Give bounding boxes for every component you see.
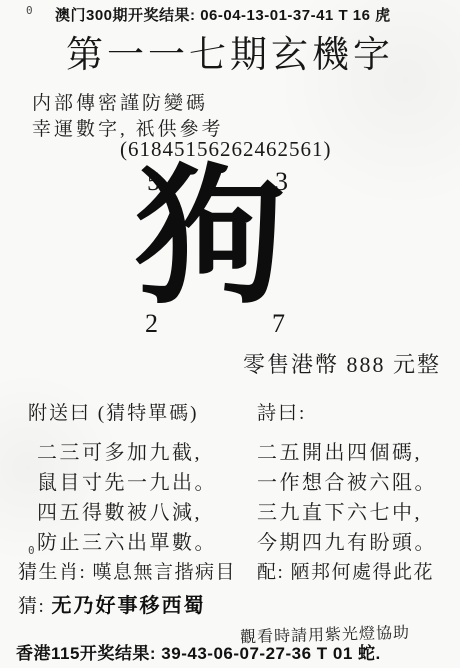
answer-guess-text: 无乃好事移西蜀 bbox=[52, 595, 206, 617]
hk-result-line: 香港115开奖结果: 39-43-06-07-27-36 T 01 蛇. bbox=[16, 639, 381, 664]
pair-guess-row: 配: 陋邦何處得此花 bbox=[257, 557, 434, 584]
right-poem-line-3: 三九直下六七中, bbox=[257, 496, 422, 525]
macau-result-line: 澳门300期开奖结果: 06-04-13-01-37-41 T 16 虎 bbox=[55, 4, 391, 25]
left-poem-line-1: 二三可多加九截, bbox=[37, 436, 202, 465]
corner-number-bottom-right: 7 bbox=[272, 309, 285, 339]
scanned-lottery-sheet: 0 澳门300期开奖结果: 06-04-13-01-37-41 T 16 虎 第… bbox=[0, 0, 460, 668]
pair-guess-label: 配: bbox=[257, 562, 284, 583]
zodiac-guess-text: 嘆息無言揩病目 bbox=[86, 562, 236, 583]
page-corner-mark-top: 0 bbox=[26, 4, 33, 17]
left-poem-line-3: 四五得數被八減, bbox=[37, 496, 202, 525]
corner-number-bottom-left: 2 bbox=[145, 309, 158, 339]
right-poem-line-1: 二五開出四個碼, bbox=[257, 436, 422, 465]
issue-title: 第一一七期玄機字 bbox=[0, 24, 460, 78]
pair-guess-text: 陋邦何處得此花 bbox=[284, 562, 434, 583]
zodiac-guess-label: 猜生肖: bbox=[18, 562, 86, 583]
zodiac-main-character: 狗 bbox=[110, 158, 310, 320]
left-column-header: 附送曰 (猜特單碼) bbox=[28, 398, 198, 425]
left-poem-line-4: 防止三六出單數。 bbox=[37, 526, 217, 555]
price-line: 零售港幣 888 元整 bbox=[243, 348, 441, 379]
left-poem-line-2: 鼠目寸先一九出。 bbox=[37, 466, 217, 495]
right-poem-line-2: 一作想合被六阻。 bbox=[257, 466, 437, 495]
note-line-1: 内部傳密謹防變碼 bbox=[32, 88, 208, 115]
right-poem-line-4: 今期四九有盼頭。 bbox=[257, 526, 437, 555]
zodiac-guess-row: 猜生肖: 嘆息無言揩病目 bbox=[18, 557, 236, 584]
answer-guess-label: 猜: bbox=[18, 596, 52, 617]
answer-guess-row: 猜: 无乃好事移西蜀 bbox=[18, 589, 206, 618]
page-corner-mark-mid: 0 bbox=[28, 544, 35, 557]
right-column-header: 詩曰: bbox=[257, 398, 306, 425]
